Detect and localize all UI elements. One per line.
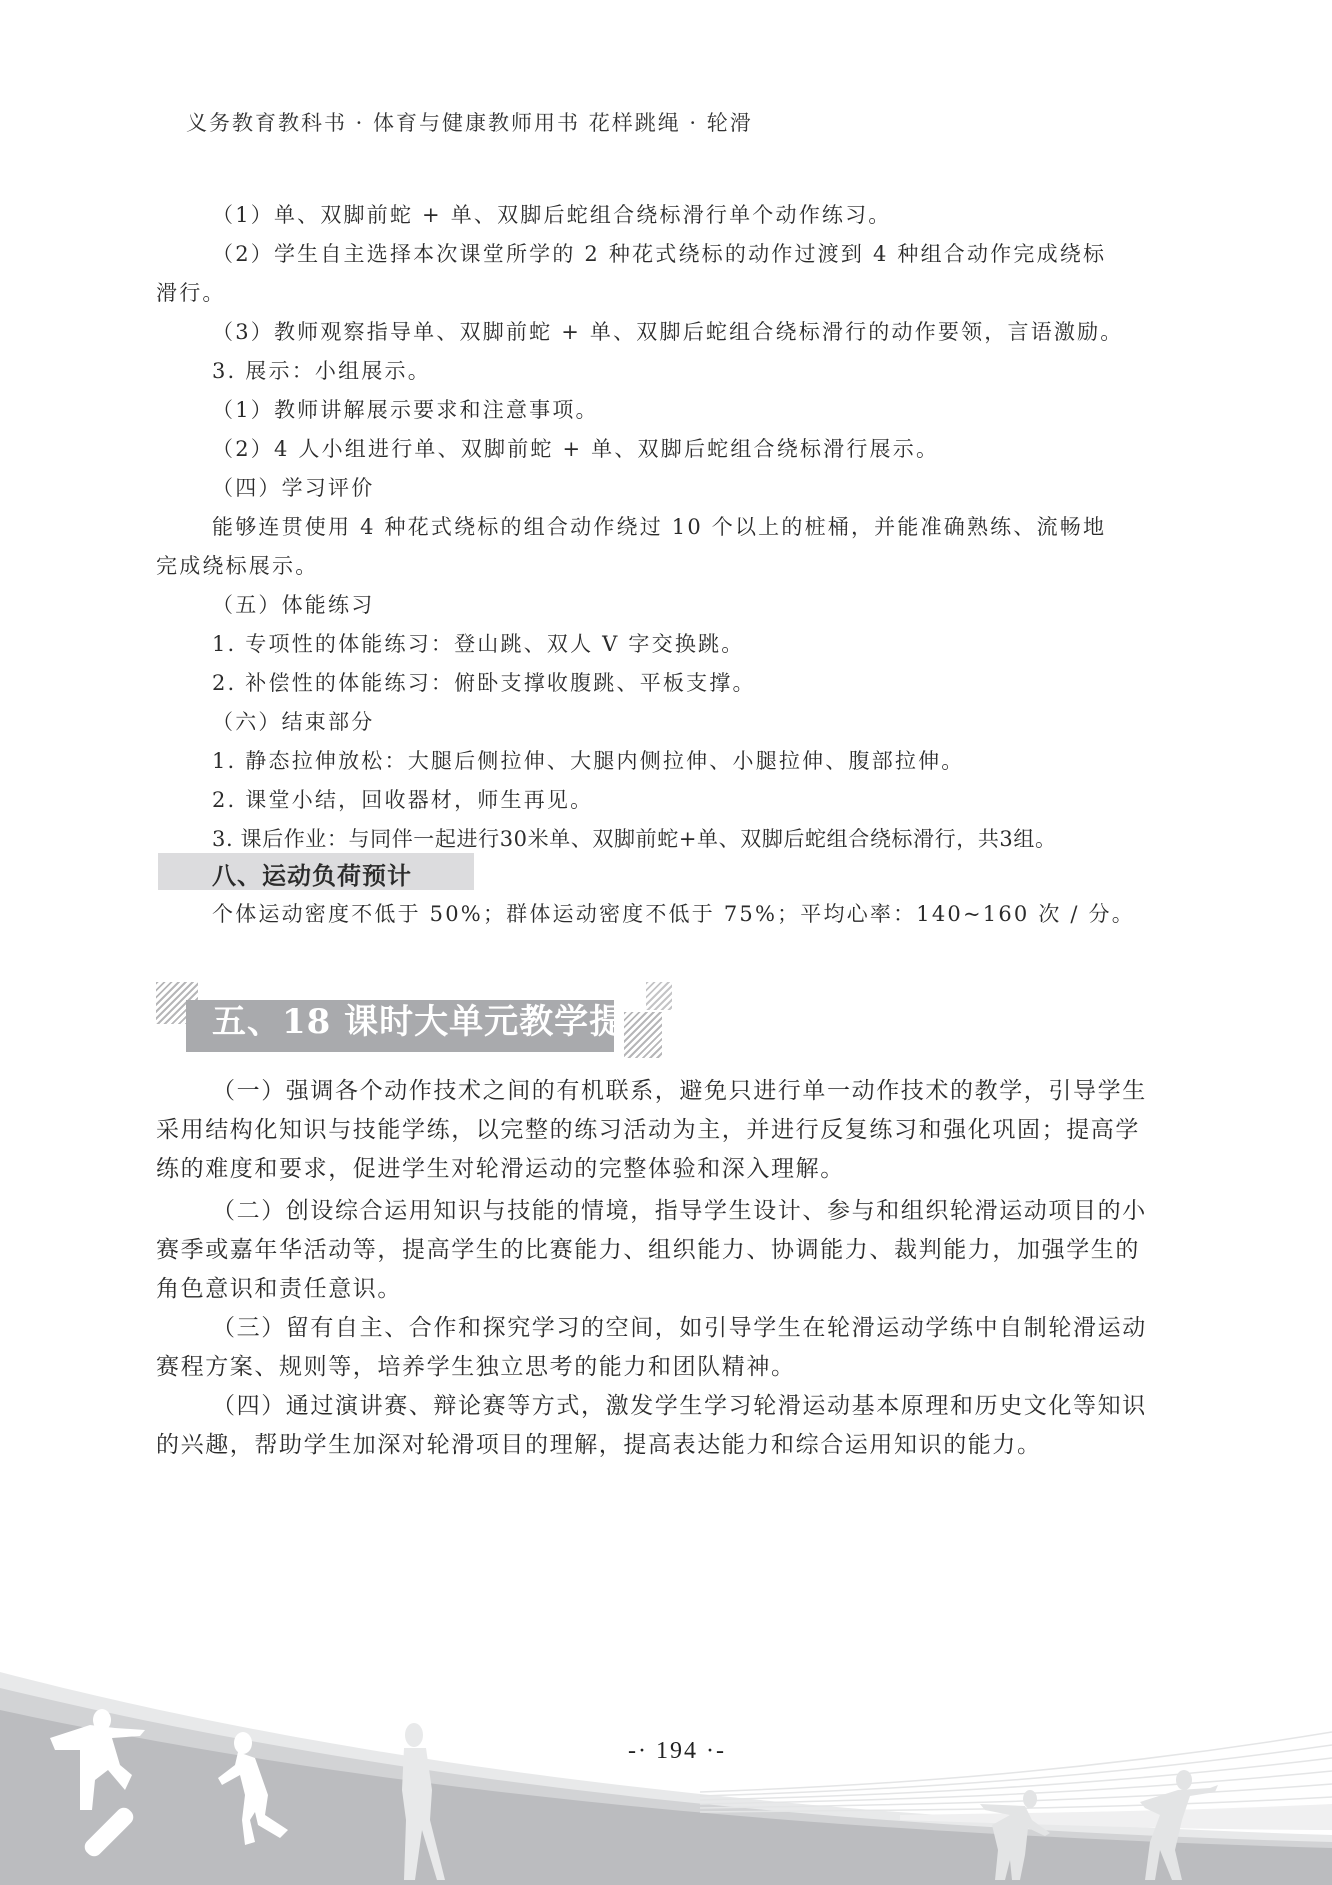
- subheading: （六）结束部分: [212, 706, 374, 736]
- hatch-decoration: [646, 982, 672, 1010]
- paragraph-line: （四）通过演讲赛、辩论赛等方式，激发学生学习轮滑运动基本原理和历史文化等知识: [212, 1387, 1147, 1420]
- body-line: 2. 课堂小结，回收器材，师生再见。: [212, 784, 593, 814]
- body-line: 能够连贯使用 4 种花式绕标的组合动作绕过 10 个以上的桩桶，并能准确熟练、流…: [212, 511, 1106, 541]
- paragraph-line: 的兴趣，帮助学生加深对轮滑项目的理解，提高表达能力和综合运用知识的能力。: [156, 1426, 1042, 1459]
- paragraph-line: 赛程方案、规则等，培养学生独立思考的能力和团队精神。: [156, 1348, 796, 1381]
- body-line: （1）教师讲解展示要求和注意事项。: [212, 394, 599, 424]
- paragraph-line: 练的难度和要求，促进学生对轮滑运动的完整体验和深入理解。: [156, 1150, 845, 1183]
- paragraph-line: 采用结构化知识与技能学练，以完整的练习活动为主，并进行反复练习和强化巩固；提高学: [156, 1111, 1140, 1144]
- footer-decoration: [0, 1580, 1332, 1885]
- load-text: 个体运动密度不低于 50%；群体运动密度不低于 75%；平均心率：140~160…: [212, 898, 1135, 928]
- subheading: （五）体能练习: [212, 589, 374, 619]
- body-line: 1. 专项性的体能练习：登山跳、双人 V 字交换跳。: [212, 628, 744, 658]
- body-line: （3）教师观察指导单、双脚前蛇 + 单、双脚后蛇组合绕标滑行的动作要领，言语激励…: [212, 316, 1124, 346]
- body-line: 3. 课后作业：与同伴一起进行30米单、双脚前蛇+单、双脚后蛇组合绕标滑行，共3…: [212, 823, 1057, 853]
- skaters-illustration: [0, 1580, 1332, 1885]
- paragraph-line: （三）留有自主、合作和探究学习的空间，如引导学生在轮滑运动学练中自制轮滑运动: [212, 1309, 1147, 1342]
- body-line: （2）4 人小组进行单、双脚前蛇 + 单、双脚后蛇组合绕标滑行展示。: [212, 433, 939, 463]
- paragraph-line: 赛季或嘉年华活动等，提高学生的比赛能力、组织能力、协调能力、裁判能力，加强学生的: [156, 1231, 1140, 1264]
- body-line: （2）学生自主选择本次课堂所学的 2 种花式绕标的动作过渡到 4 种组合动作完成…: [212, 238, 1106, 268]
- section-title: 五、18 课时大单元教学提示: [212, 994, 659, 1043]
- subheading: （四）学习评价: [212, 472, 374, 502]
- body-line: 1. 静态拉伸放松：大腿后侧拉伸、大腿内侧拉伸、小腿拉伸、腹部拉伸。: [212, 745, 965, 775]
- paragraph-line: （一）强调各个动作技术之间的有机联系，避免只进行单一动作技术的教学，引导学生: [212, 1072, 1147, 1105]
- load-heading-bar: 八、运动负荷预计: [158, 853, 474, 890]
- running-header: 义务教育教科书 · 体育与健康教师用书 花样跳绳 · 轮滑: [186, 107, 753, 137]
- body-line: 完成绕标展示。: [156, 550, 318, 580]
- page-number: -· 194 ·-: [628, 1738, 726, 1765]
- paragraph-line: （二）创设综合运用知识与技能的情境，指导学生设计、参与和组织轮滑运动项目的小: [212, 1192, 1147, 1225]
- hatch-decoration: [624, 1012, 662, 1058]
- body-line: 2. 补偿性的体能练习：俯卧支撑收腹跳、平板支撑。: [212, 667, 756, 697]
- body-line: 滑行。: [156, 277, 226, 307]
- paragraph-line: 角色意识和责任意识。: [156, 1270, 402, 1303]
- body-line: 3. 展示：小组展示。: [212, 355, 431, 385]
- section-title-banner: 五、18 课时大单元教学提示: [156, 980, 716, 1052]
- load-heading: 八、运动负荷预计: [212, 856, 412, 891]
- body-line: （1）单、双脚前蛇 + 单、双脚后蛇组合绕标滑行单个动作练习。: [212, 199, 892, 229]
